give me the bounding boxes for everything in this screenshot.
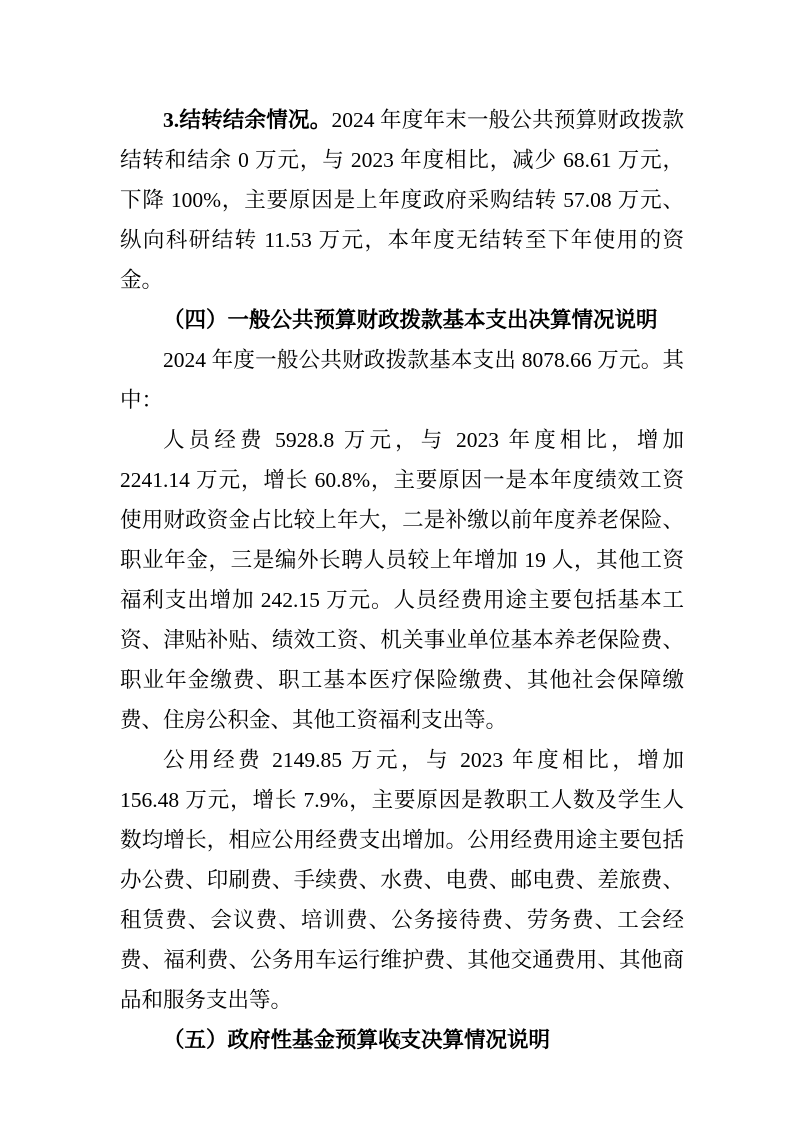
paragraph-carryover-balance: 3.结转结余情况。2024 年度年末一般公共预算财政拨款结转和结余 0 万元，与… [120, 100, 684, 300]
paragraph-basic-expenditure-total: 2024 年度一般公共财政拨款基本支出 8078.66 万元。其中： [120, 340, 684, 420]
paragraph-public-funds: 公用经费 2149.85 万元，与 2023 年度相比，增加 156.48 万元… [120, 740, 684, 1020]
paragraph-carryover-lead: 3.结转结余情况。 [163, 108, 331, 132]
page-number: - 6 - [0, 1030, 794, 1052]
paragraph-personnel-funds: 人员经费 5928.8 万元，与 2023 年度相比，增加 2241.14 万元… [120, 420, 684, 740]
document-body: 3.结转结余情况。2024 年度年末一般公共预算财政拨款结转和结余 0 万元，与… [120, 100, 684, 1060]
document-page: 3.结转结余情况。2024 年度年末一般公共预算财政拨款结转和结余 0 万元，与… [0, 0, 794, 1122]
section-heading-four: （四）一般公共预算财政拨款基本支出决算情况说明 [120, 300, 684, 340]
paragraph-carryover-text: 2024 年度年末一般公共预算财政拨款结转和结余 0 万元，与 2023 年度相… [120, 108, 684, 292]
